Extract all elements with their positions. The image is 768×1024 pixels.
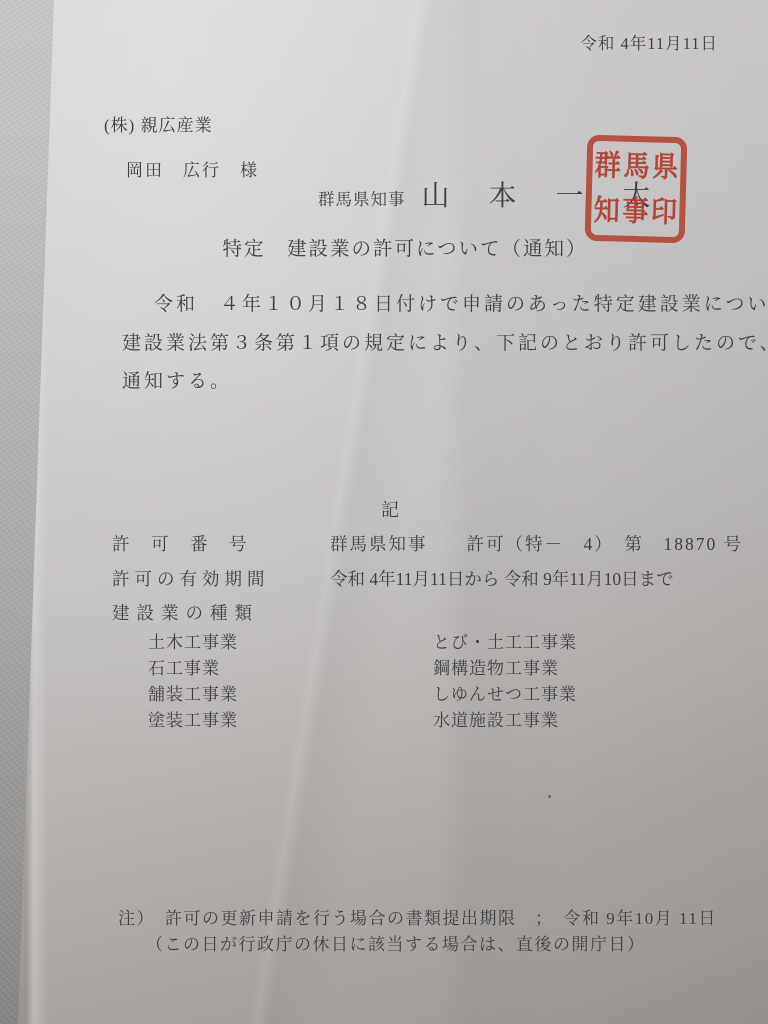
paper-speck bbox=[548, 795, 551, 798]
field-label-valid-period: 許可の有効期間 bbox=[112, 566, 270, 591]
record-marker: 記 bbox=[12, 496, 768, 522]
license-type: 塗装工事業 bbox=[148, 708, 238, 734]
seal-char: 県 bbox=[652, 152, 679, 182]
footnote-line: （この日が行政庁の休日に該当する場合は、直後の開庁日） bbox=[146, 932, 717, 958]
license-types-right-column: とび・土工工事業 鋼構造物工事業 しゆんせつ工事業 水道施設工事業 bbox=[433, 630, 577, 734]
license-type: しゆんせつ工事業 bbox=[433, 682, 577, 708]
issue-date: 令和 4年11月11日 bbox=[580, 30, 718, 54]
field-value-valid-period: 令和 4年11月11日から 令和 9年11月10日まで bbox=[330, 566, 674, 591]
license-type: 鋼構造物工事業 bbox=[433, 656, 577, 682]
seal-char: 知 bbox=[593, 196, 620, 226]
license-type: 水道施設工事業 bbox=[433, 708, 577, 734]
license-type: 土木工事業 bbox=[148, 630, 238, 656]
document-title: 特定 建設業の許可について（通知） bbox=[42, 233, 768, 261]
field-label-license-types: 建設業の種類 bbox=[112, 600, 259, 625]
seal-char: 群 bbox=[595, 151, 622, 181]
body-line: 令和 ４年１０月１８日付けで申請のあった特定建設業については、 bbox=[154, 286, 768, 325]
photo-of-permit-notice: 令和 4年11月11日 (株) 親広産業 岡田 広行 様 群馬県知事 山 本 一… bbox=[0, 0, 768, 1024]
license-types-left-column: 土木工事業 石工事業 舗装工事業 塗装工事業 bbox=[148, 630, 238, 734]
recipient-person: 岡田 広行 様 bbox=[126, 156, 259, 181]
license-type: 舗装工事業 bbox=[148, 682, 238, 708]
footnote-line: 注） 許可の更新申請を行う場合の書類提出期限 ； 令和 9年10月 11日 bbox=[118, 906, 717, 932]
seal-char: 印 bbox=[651, 197, 678, 227]
seal-char: 事 bbox=[622, 197, 649, 227]
document-paper: 令和 4年11月11日 (株) 親広産業 岡田 広行 様 群馬県知事 山 本 一… bbox=[0, 0, 768, 1024]
recipient-company: (株) 親広産業 bbox=[104, 111, 213, 136]
body-line: 建設業法第３条第１項の規定により、下記のとおり許可したので、 bbox=[122, 325, 768, 364]
field-label-permit-number: 許 可 番 号 bbox=[112, 531, 249, 556]
issuer-title: 群馬県知事 bbox=[318, 186, 406, 210]
governor-seal-stamp: 群 馬 県 知 事 印 bbox=[585, 135, 688, 244]
body-paragraph: 令和 ４年１０月１８日付けで申請のあった特定建設業については、 建設業法第３条第… bbox=[122, 286, 768, 402]
field-value-permit-number: 群馬県知事 許可（特－ 4） 第 18870 号 bbox=[330, 531, 743, 556]
license-type: とび・土工工事業 bbox=[433, 630, 577, 656]
footnote: 注） 許可の更新申請を行う場合の書類提出期限 ； 令和 9年10月 11日 （こ… bbox=[118, 906, 717, 957]
body-line: 通知する。 bbox=[122, 363, 768, 402]
seal-char: 馬 bbox=[623, 152, 650, 182]
license-type: 石工事業 bbox=[148, 656, 238, 682]
